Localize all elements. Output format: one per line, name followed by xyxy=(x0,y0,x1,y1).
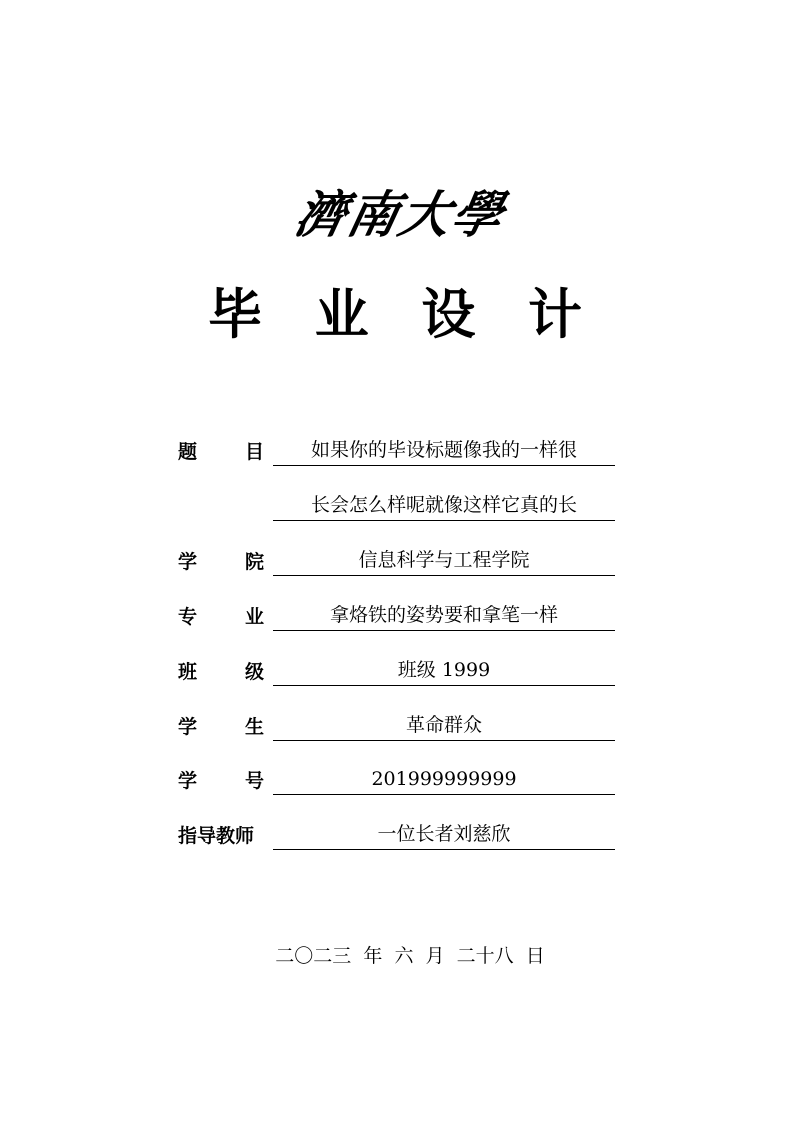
field-row-advisor: 指导教师 一位长者刘慈欣 xyxy=(178,820,615,850)
field-label: 题 目 xyxy=(178,440,264,464)
field-label: 指导教师 xyxy=(178,824,264,848)
label-char: 学 xyxy=(178,769,197,793)
student-field[interactable]: 革命群众 xyxy=(273,712,615,741)
field-label: 学 号 xyxy=(178,769,264,793)
college-field[interactable]: 信息科学与工程学院 xyxy=(273,547,615,576)
topic-field-line2[interactable]: 长会怎么样呢就像这样它真的长 xyxy=(273,492,615,521)
field-row-major: 专 业 拿烙铁的姿势要和拿笔一样 xyxy=(178,601,615,631)
date: 二〇二三 年 六 月 二十八 日 xyxy=(260,942,560,970)
field-label: 班 级 xyxy=(178,660,264,684)
label-char: 学 xyxy=(178,550,197,574)
main-title-char: 业 xyxy=(312,282,372,348)
label-char: 目 xyxy=(245,440,264,464)
field-row-class: 班 级 班级 1999 xyxy=(178,656,615,686)
label-char: 业 xyxy=(245,605,264,629)
label-char: 班 xyxy=(178,660,197,684)
label-char: 院 xyxy=(245,550,264,574)
university-logo: 濟南大學 xyxy=(289,182,523,248)
field-row-student: 学 生 革命群众 xyxy=(178,711,615,741)
class-field[interactable]: 班级 1999 xyxy=(273,657,615,686)
label-text: 指导教师 xyxy=(178,824,254,848)
label-char: 级 xyxy=(245,660,264,684)
field-row-topic-continued: 长会怎么样呢就像这样它真的长 xyxy=(178,491,615,521)
major-field[interactable]: 拿烙铁的姿势要和拿笔一样 xyxy=(273,602,615,631)
label-char: 生 xyxy=(245,715,264,739)
field-row-student-id: 学 号 201999999999 xyxy=(178,765,615,795)
label-char: 号 xyxy=(245,769,264,793)
main-title-char: 计 xyxy=(525,282,585,348)
field-row-topic: 题 目 如果你的毕设标题像我的一样很 xyxy=(178,436,615,466)
field-label: 学 院 xyxy=(178,550,264,574)
main-title: 毕 业 设 计 xyxy=(205,282,585,348)
label-char: 专 xyxy=(178,605,197,629)
main-title-char: 毕 xyxy=(205,282,265,348)
label-char: 题 xyxy=(178,440,197,464)
label-char: 学 xyxy=(178,715,197,739)
main-title-char: 设 xyxy=(418,282,478,348)
topic-field-line1[interactable]: 如果你的毕设标题像我的一样很 xyxy=(273,437,615,466)
advisor-field[interactable]: 一位长者刘慈欣 xyxy=(273,821,615,850)
field-row-college: 学 院 信息科学与工程学院 xyxy=(178,546,615,576)
field-label: 专 业 xyxy=(178,605,264,629)
field-label: 学 生 xyxy=(178,715,264,739)
student-id-field[interactable]: 201999999999 xyxy=(273,766,615,795)
